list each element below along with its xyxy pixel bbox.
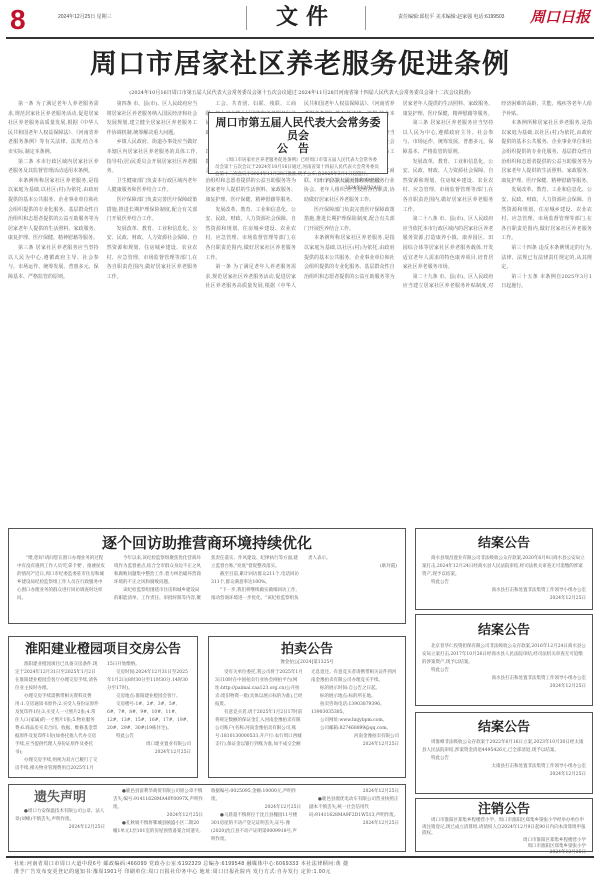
auction-paragraph: 公司网址:www.hnjybpm.com。 (311, 717, 399, 725)
notice-body: 《周口市居家社区养老服务促进条例》已经周口市第五届人民代表大会常务委员会第十五次… (215, 157, 381, 178)
article-paragraph: 第三十五条 本条例自2025年3月1日起施行。 (501, 273, 592, 292)
lost-notice-item: ●鹿邑县澳优电动车有限公司营业执照正副本不慎丢失,统一社会信用代码:914116… (309, 796, 399, 820)
lost-notice-date: 2024年12月25日 (211, 804, 301, 812)
housing-paragraph: 交房时间:2024年12月31日至2025年1月2日(8时30分至11时30分,… (107, 669, 191, 693)
closing-notice-date: 2024年12月25日 (422, 771, 586, 779)
housing-signature: 周口建业置业有限公司 (107, 741, 191, 749)
closing-notice-1: 结案公告 商水县瑞昌置业有限公司非法吸收公众存款案,2020年6月9日商水县公安… (415, 528, 593, 610)
closing-notice-closing: 特此公告 (422, 667, 586, 675)
standing-committee-notice: 周口市第五届人民代表大会常务委员会 公告 《周口市居家社区养老服务促进条例》已经… (208, 112, 388, 174)
footer-line: 准予广告发布变更登记的通知书:豫周1901号 印刷单位:周口日报社印务中心 地址… (14, 868, 586, 876)
auction-paragraph: 标的展示地点:标的所在地。 (311, 693, 399, 701)
deregistration-title: 注销公告 (422, 802, 586, 818)
closing-notice-title: 结案公告 (422, 717, 586, 739)
housing-paragraph: 交房楼号:1#、2#、3#、5#、6#、7#、8#、9#、10#、11#、12#… (107, 701, 191, 733)
article-paragraph: 发展改革、教育、工业和信息化、公安、民政、财政、人力资源社会保障、自然资源和规划… (501, 186, 592, 244)
article-paragraph: 卫生健康部门负责本行政区域内老年人健康服务和医养结合工作。 (107, 177, 198, 196)
article-paragraph: 医疗保障部门负责完善医疗保障政策措施,推进长期护理保险制度,配合有关部门开展医养… (107, 196, 198, 225)
housing-date: 2024年12月25日 (107, 749, 191, 757)
article-paragraph: 发展改革、教育、工业和信息化、公安、民政、财政、人力资源社会保障、自然资源和规划… (107, 225, 198, 283)
lost-notice-date: 2024年12月25日 (309, 788, 399, 796)
issue-date: 2024年12月25日 星期三 (58, 13, 112, 20)
article-paragraph: 本条例所称居家社区养老服务,是指以家庭为基础,以社区(村)为依托,由政府提供的基… (8, 177, 99, 244)
closing-notice-signature: 太康县打击和处置非法集资工作领导小组办公室 (422, 763, 586, 771)
article-paragraph: 第一条 为了满足老年人养老服务需求,规范居家社区养老服务活动,促进居家社区养老服… (8, 100, 99, 158)
editor-credits: 责任编辑:邱松平 美术编辑:赵家强 电话:6199503 (398, 13, 504, 20)
auction-paragraph: 公司邮箱:827468899@qq.com。 (311, 725, 399, 733)
lost-notice-date: 2024年12月25日 (309, 820, 399, 828)
lost-notices-body: 遗失声明 ●周口力安保温技术有限公司公章、法人章(刘峰)不慎丢失,声明作废。 2… (15, 788, 399, 850)
housing-body: 淮阳建业橙园项目已具备交房条件,现定于2024年12月31日至2025年1月2日… (15, 661, 191, 773)
newspaper-logo: 周口日报 (530, 6, 590, 27)
story-body: "喂,您好!请问您在窗口办理业务的过程中有没有遇到工作人员'吃拿卡要'、推诿扯皮… (17, 555, 397, 619)
auction-title: 拍卖公告 (215, 641, 399, 659)
closing-notice-title: 结案公告 (422, 619, 586, 643)
closing-notice-closing: 特此公告 (422, 579, 586, 587)
page-number: 8 (10, 4, 26, 36)
header-rule (6, 37, 594, 39)
story-paragraph: "喂,您好!请问您在窗口办理业务的过程中有没有遇到工作人员'吃拿卡要'、推诿扯皮… (17, 555, 106, 603)
footer-line: 社址:河南省周口市周口大道中段6号 邮政编码:466099 党政办公室:6192… (14, 860, 586, 868)
deregistration-notice: 注销公告 周口市淮阳区郑集乡程楼营小学、周口市淮阳区郑集乡梁张小学经举办单位申请… (415, 798, 593, 852)
auction-paragraph: 受有关单位委托,我公司将于2025年1月3日10时在中国拍卖行业协会网拍平台(网… (215, 669, 303, 709)
housing-paragraph: 交房地点:淮阳建业橙园会客厅。 (107, 693, 191, 701)
closing-notice-date: 2024年12月25日 (422, 595, 586, 603)
housing-paragraph: 特此公告 (107, 733, 191, 741)
lost-notices: 遗失声明 ●周口力安保温技术有限公司公章、法人章(刘峰)不慎丢失,声明作废。 2… (8, 784, 406, 852)
footer-rule (6, 856, 594, 858)
closing-notice-body: 北京普华仁投资担保有限公司非法吸收公众存款案,2016年12月24日商水县公安局… (422, 643, 586, 667)
article-title: 周口市居家社区养老服务促进条例 (0, 42, 600, 81)
story-paragraph: 今年以来,该纪检监察组聚焦优化营商环境作为监督重点,结合全市群众身边不正之风和腐… (114, 555, 203, 587)
closing-notice-signature: 商水县打击和处置非法集资工作领导小组办公室 (422, 675, 586, 683)
page-footer: 社址:河南省周口市周口大道中段6号 邮政编码:466099 党政办公室:6192… (14, 860, 586, 876)
auction-reference: 豫金拍公[2024]第1325号 (215, 659, 399, 667)
notice-title: 周口市第五届人民代表大会常务委员会 (215, 116, 381, 142)
closing-notice-body: 周淮峰非法吸收公众存款案于2022年6月16日立案,2023年10月30日经太康… (422, 739, 586, 755)
article-paragraph: 本条例所称居家社区养老服务,是指以家庭为基础,以社区(村)为依托,由政府提供的基… (501, 119, 592, 186)
lost-notice-date: 2024年12月25日 (113, 812, 203, 820)
closing-notice-2: 结案公告 北京普华仁投资担保有限公司非法吸收公众存款案,2016年12月24日商… (415, 614, 593, 706)
housing-handover-notice: 淮阳建业橙园项目交房公告 淮阳建业橙园项目已具备交房条件,现定于2024年12月… (8, 636, 198, 778)
closing-notice-date: 2024年12月25日 (422, 683, 586, 691)
lost-notices-title: 遗失声明 (15, 788, 105, 808)
article-paragraph: 乡镇人民政府、街道办事处应当做好本辖区内居家社区养老服务的具体工作,指导村(居)… (107, 138, 198, 176)
story-title: 逐个回访助推营商环境持续优化 (17, 533, 397, 553)
article-paragraph: 发展改革、教育、工业和信息化、公安、民政、财政、人力资源社会保障、自然资源和规划… (403, 158, 494, 216)
closing-notice-3: 结案公告 周淮峰非法吸收公众存款案于2022年6月16日立案,2023年10月3… (415, 712, 593, 794)
auction-paragraph: 拍卖咨询电话:13903879396、13903035385。 (311, 701, 399, 717)
auction-body: 受有关单位委托,我公司将于2025年1月3日10时在中国拍卖行业协会网拍平台(网… (215, 669, 399, 773)
housing-paragraph: 办理交房手续需携带相关资料及费用:1.交房通知书原件;2.买受人身份证原件及复印… (15, 693, 99, 757)
article-paragraph: 第二条 本市行政区域内居家社区养老服务及其监督管理活动适用本条例。 (8, 158, 99, 177)
story-byline: (耿玲霞) (308, 563, 397, 571)
notice-subtitle: 公告 (215, 142, 381, 155)
article-subtitle: (2024年10月16日周口市第五届人民代表大会常务委员会第十五次会议通过 20… (0, 89, 600, 96)
notice-date: 2024年12月24日 (215, 185, 381, 192)
lost-notice-item: ●鹿邑县富利华商贸有限公司原公章不慎丢失,编号:91411628MA40Y009… (113, 788, 203, 812)
deregistration-body: 周口市淮阳区郑集乡程楼营小学、周口市淮阳区郑集乡梁张小学经举办单位申请注销登记,… (422, 818, 586, 838)
story-paragraph: 截至目前,累计回访群众211个,电话回访311个,群众满意率达100%。 (211, 571, 300, 587)
lost-notice-date: 2024年12月25日 (15, 824, 105, 832)
section-title: 文件 (246, 6, 366, 30)
article-paragraph: 发展改革、教育、工业和信息化、公安、民政、财政、人力资源社会保障、自然资源和规划… (205, 206, 296, 264)
lost-notice-item: ●马晨超不慎将位于沈丘县槐园11号楼301房屋的不动产登记证明丢失,证号:豫(2… (211, 812, 301, 844)
auction-paragraph: 标的展示时间:自公告之日起。 (311, 685, 399, 693)
closing-notice-title: 结案公告 (422, 533, 586, 555)
business-environment-story: 逐个回访助推营商环境持续优化 "喂,您好!请问您在窗口办理业务的过程中有没有遇到… (8, 528, 406, 624)
auction-notice: 拍卖公告 豫金拍公[2024]第1325号 受有关单位委托,我公司将于2025年… (208, 636, 406, 778)
auction-signature: 河南金豫拍卖有限公司 (311, 733, 399, 741)
page-header: 8 2024年12月25日 星期三 文件 责任编辑:邱松平 美术编辑:赵家强 电… (6, 0, 594, 36)
article-paragraph: 第三十四条 违反本条例规定的行为,法律、法规已有法律责任规定的,从其规定。 (501, 244, 592, 273)
article-paragraph: 医疗保障部门负责完善医疗保障政策措施,推进长期护理保险制度,配合有关部门开展医养… (304, 206, 395, 235)
housing-title: 淮阳建业橙园项目交房公告 (15, 641, 191, 659)
deregistration-date: 2024年12月25日 (422, 850, 586, 856)
closing-notice-closing: 特此公告 (422, 755, 586, 763)
housing-paragraph: 淮阳建业橙园项目已具备交房条件,现定于2024年12月31日至2025年1月2日… (15, 661, 99, 693)
article-paragraph: 第三条 居家社区养老服务应当坚持以人民为中心,遵循政府主导、社会参与、市场运作、… (8, 244, 99, 282)
closing-notice-signature: 商水县打击和处置非法集资工作领导小组办公室 (422, 587, 586, 595)
article-paragraph: 第三条 居家社区养老服务应当坚持以人民为中心,遵循政府主导、社会参与、市场运作、… (403, 119, 494, 157)
lost-notice-item: ●周口力安保温技术有限公司公章、法人章(刘峰)不慎丢失,声明作废。 (15, 808, 105, 824)
auction-date: 2024年12月25日 (311, 741, 399, 749)
article-paragraph: 第二十八条 市、县(市)、区人民政府应当依托本市行政区域内的居家社区养老服务资源… (403, 215, 494, 273)
notice-signature: 周口市人民代表大会常务委员会 (215, 178, 381, 185)
closing-notice-body: 商水县瑞昌置业有限公司非法吸收公众存款案,2020年6月9日商水县公安局立案打击… (422, 555, 586, 579)
article-paragraph: 第四条 市、县(市)、区人民政府应当将居家社区养老服务纳入国民经济和社会发展规划… (107, 100, 198, 138)
